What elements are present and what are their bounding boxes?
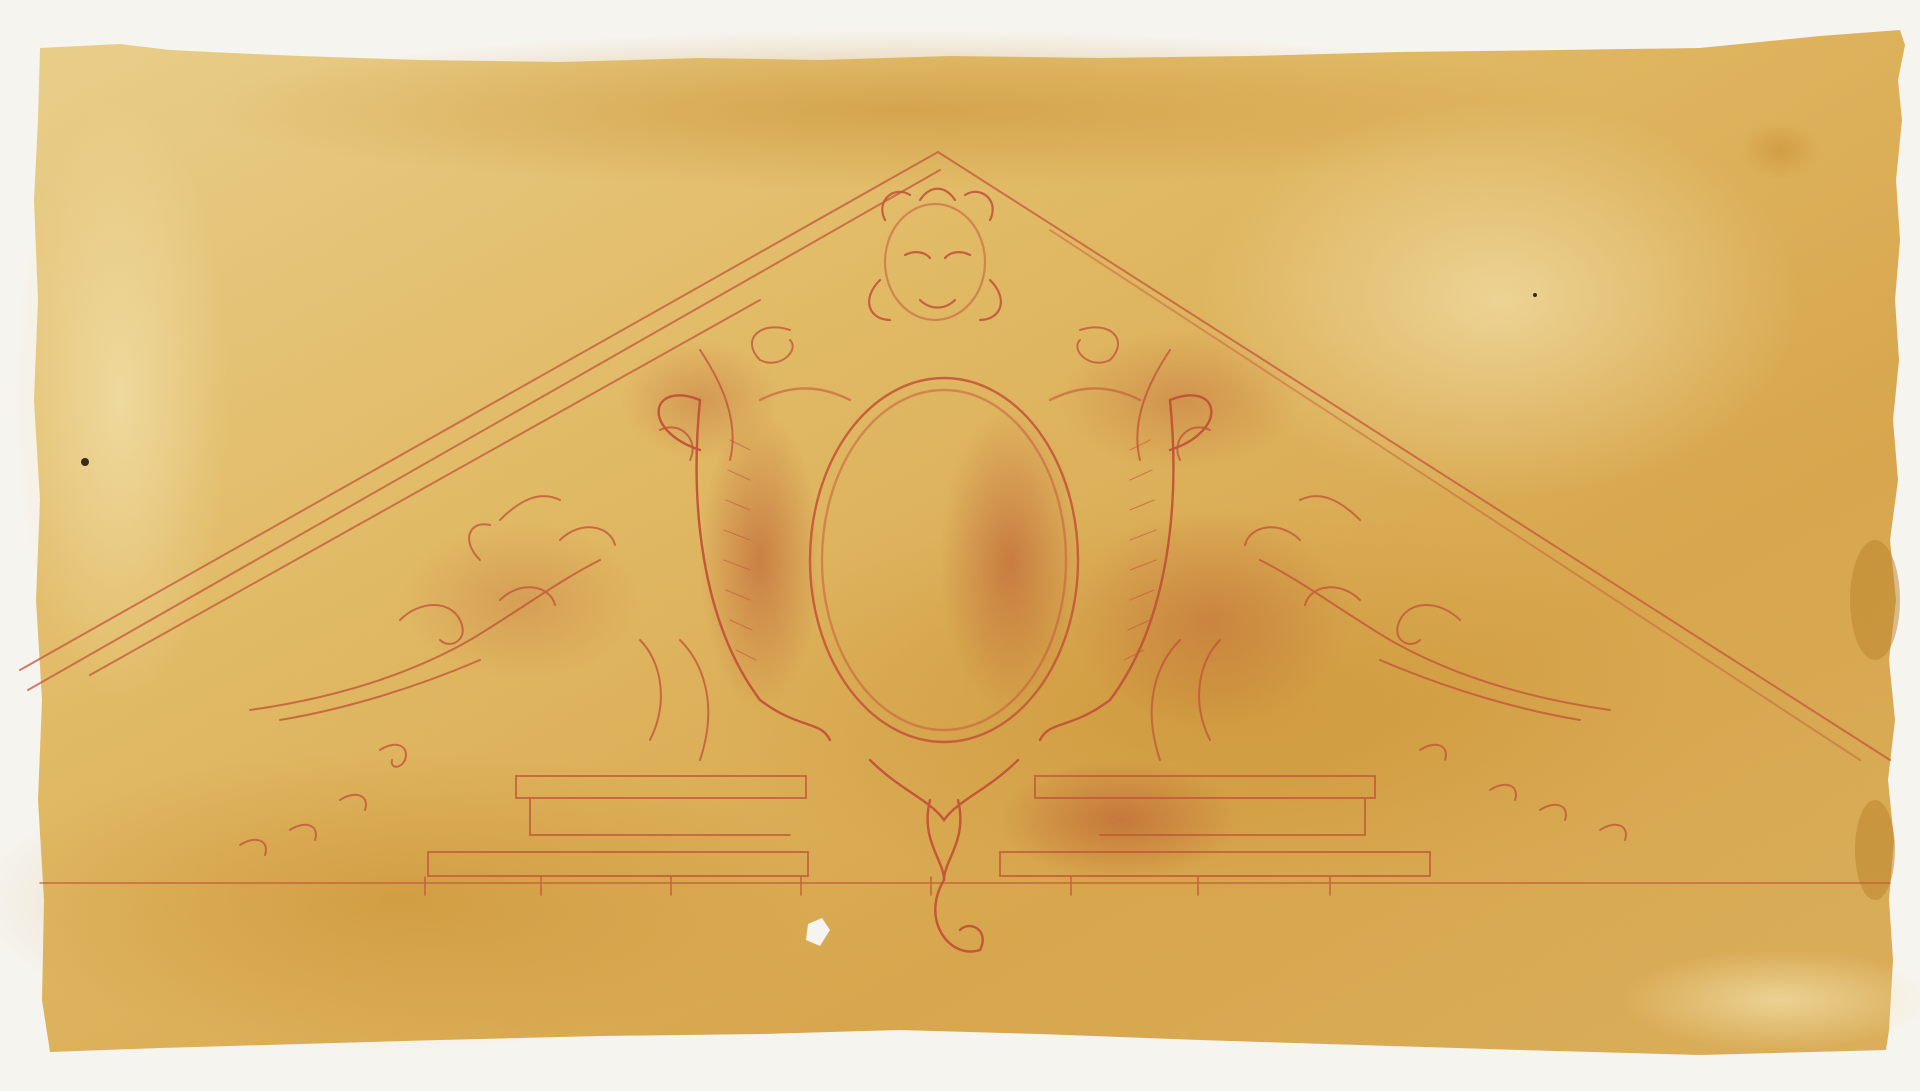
drawing-image: Design for a pediment with a central car… [0,0,1920,1091]
ink-spot [81,458,89,466]
drawing-canvas [0,0,1920,1091]
